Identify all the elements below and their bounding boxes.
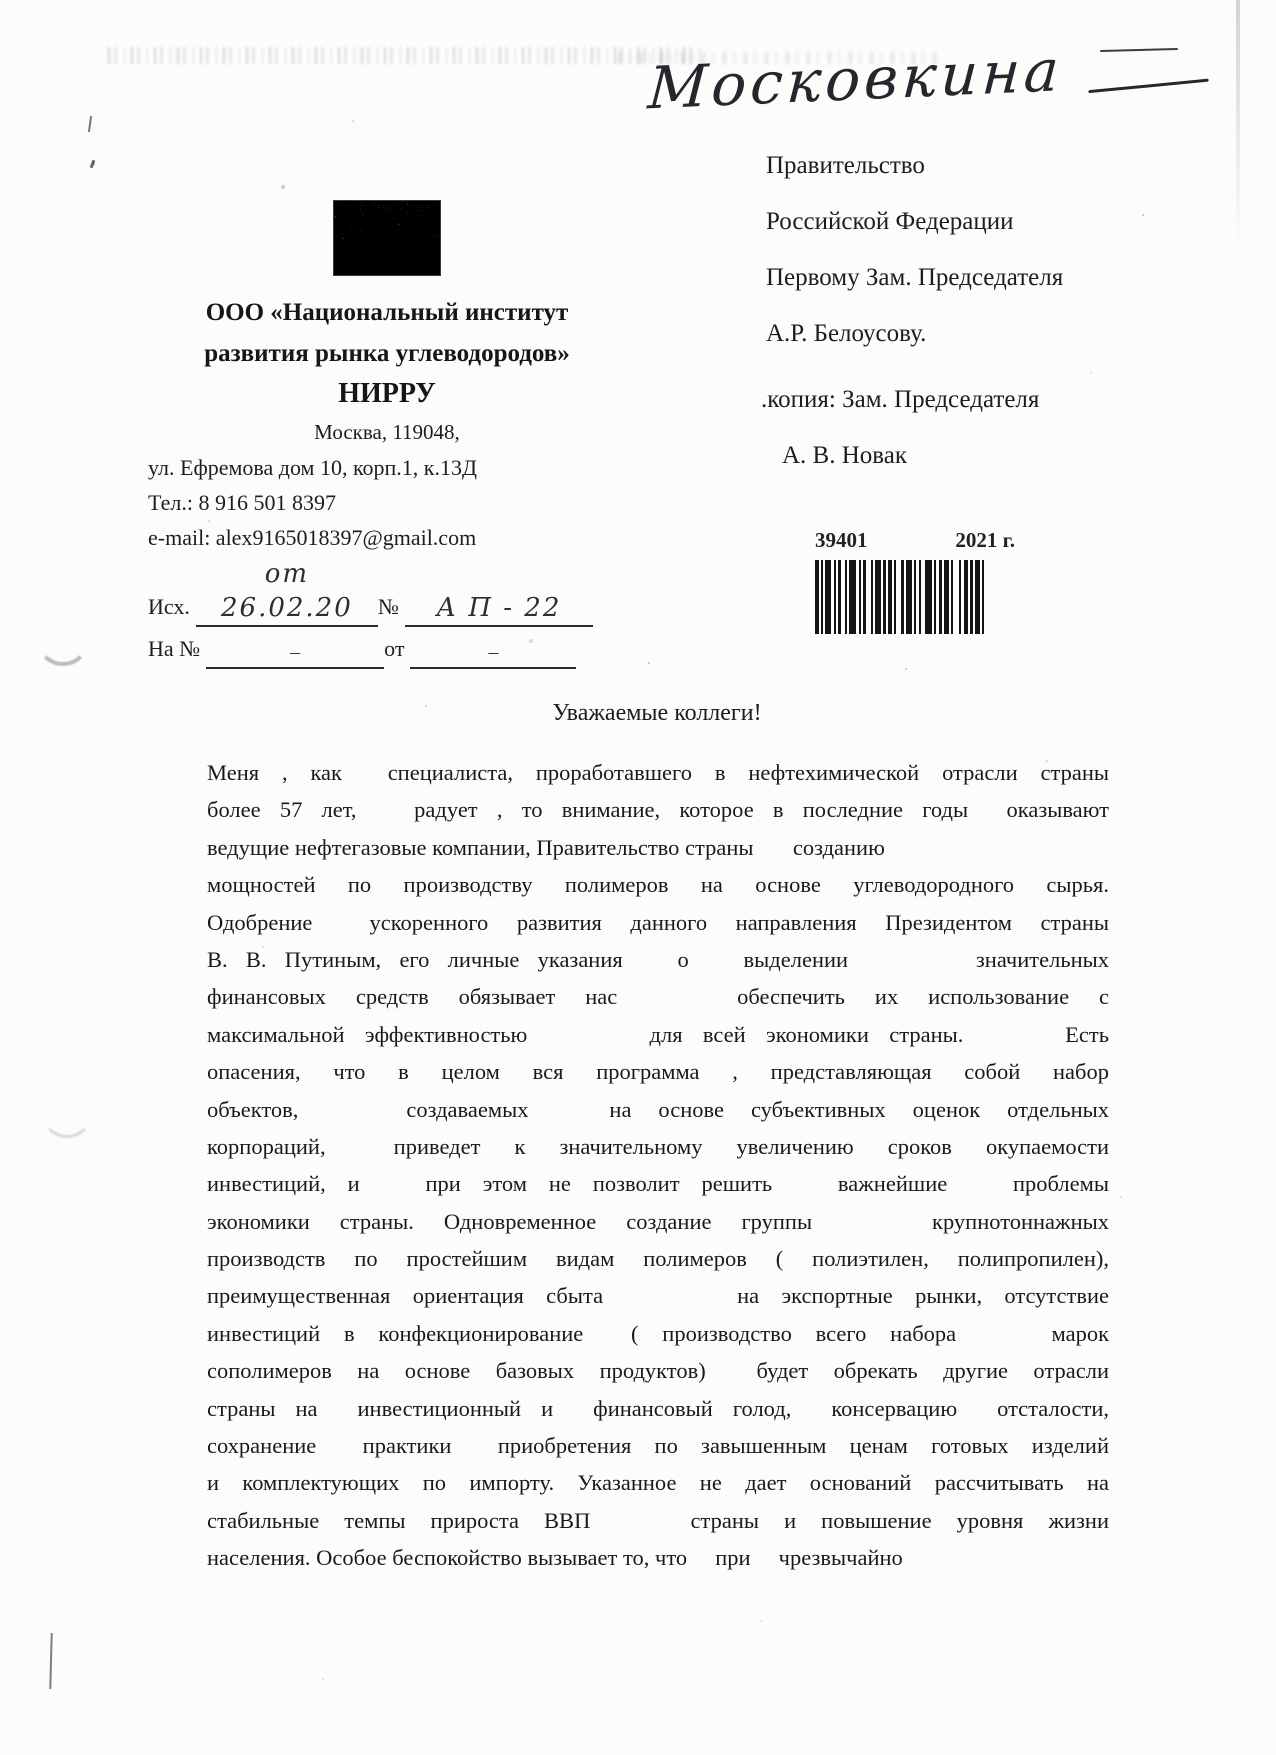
incoming-reference-line: На № – от –: [148, 629, 626, 669]
body-line: мощностей по производству полимеров на о…: [207, 866, 1109, 903]
phone-line: Тел.: 8 916 501 8397: [148, 485, 626, 520]
scan-smudge-artifact: [108, 47, 703, 64]
body-line: преимущественная ориентация сбыта на экс…: [207, 1277, 1109, 1314]
recipient-line: Правительство: [766, 138, 1136, 194]
salutation: Уважаемые коллеги!: [207, 700, 1107, 727]
body-line: максимальной эффективностью для всей эко…: [207, 1016, 1109, 1053]
number-sign: №: [378, 587, 405, 627]
recipient-line: А.Р. Белоусову.: [766, 306, 1136, 362]
outgoing-reference-line: Исх. от 26.02.20 № А П - 22: [148, 557, 626, 627]
outgoing-number-handwritten: А П - 22: [405, 591, 593, 627]
body-line: финансовых средств обязывает нас обеспеч…: [207, 978, 1109, 1015]
body-line: сохранение практики приобретения по завы…: [207, 1427, 1109, 1464]
body-line: корпораций, приведет к значительному уве…: [207, 1128, 1109, 1165]
incoming-from-label: от: [384, 629, 410, 669]
body-line: объектов, создаваемых на основе субъекти…: [207, 1091, 1109, 1128]
binder-hole-shadow-artifact: [36, 612, 90, 666]
incoming-number-blank: –: [206, 637, 384, 669]
scan-line-artifact: [49, 1633, 52, 1689]
body-line: страны на инвестиционный и финансовый го…: [207, 1390, 1109, 1427]
incoming-label: На №: [148, 629, 206, 669]
body-line: более 57 лет, радует , то внимание, кото…: [207, 791, 1109, 828]
body-line: Одобрение ускоренного развития данного н…: [207, 904, 1109, 941]
outgoing-date-handwritten: от 26.02.20: [196, 557, 378, 627]
body-line: В. В. Путиным, его личные указания о выд…: [207, 941, 1109, 978]
body-line: сополимеров на основе базовых продуктов)…: [207, 1352, 1109, 1389]
body-line: производств по простейшим видам полимеро…: [207, 1240, 1109, 1277]
recipient-line: Российской Федерации: [766, 194, 1136, 250]
letterhead-block: ООО «Национальный институт развития рынк…: [148, 200, 626, 669]
body-line: ведущие нефтегазовые компании, Правитель…: [207, 829, 1109, 866]
body-line: опасения, что в целом вся программа , пр…: [207, 1053, 1109, 1090]
scanned-letter-page: Московкина ПравительствоРоссийской Федер…: [0, 0, 1276, 1755]
org-abbreviation: НИРРУ: [148, 374, 626, 414]
body-line: Меня , как специалиста, проработавшего в…: [207, 754, 1109, 791]
org-name-line2: развития рынка углеводородов»: [148, 333, 626, 374]
body-line: инвестиций, и при этом не позволит решит…: [207, 1165, 1109, 1202]
outgoing-label: Исх.: [148, 587, 196, 627]
body-line: экономики страны. Одновременное создание…: [207, 1203, 1109, 1240]
email-line: e-mail: alex9165018397@gmail.com: [148, 520, 626, 555]
scan-ink-mark-artifact: [89, 116, 92, 150]
barcode-image: [815, 560, 1015, 634]
scan-speckle-artifact: [0, 0, 2, 2]
barcode-block: 39401 2021 г.: [815, 528, 1015, 634]
recipient-block: ПравительствоРоссийской ФедерацииПервому…: [766, 138, 1136, 484]
address-street: ул. Ефремова дом 10, корп.1, к.13Д: [148, 450, 626, 485]
org-name-line1: ООО «Национальный институт: [148, 292, 626, 333]
barcode-caption: 39401 2021 г.: [815, 528, 1015, 553]
body-line: инвестиций в конфекционирование ( произв…: [207, 1315, 1109, 1352]
company-logo-image: [333, 200, 441, 276]
recipient-line: Первому Зам. Председателя: [766, 250, 1136, 306]
body-line: и комплектующих по импорту. Указанное не…: [207, 1464, 1109, 1501]
body-line: стабильные темпы прироста ВВП страны и п…: [207, 1502, 1109, 1539]
address-city: Москва, 119048,: [148, 414, 626, 450]
recipient-line: .копия: Зам. Председателя: [761, 372, 1136, 428]
barcode-year: 2021 г.: [955, 528, 1015, 553]
body-line: населения. Особое беспокойство вызывает …: [207, 1539, 1109, 1576]
letter-body: Меня , как специалиста, проработавшего в…: [207, 754, 1109, 1577]
binder-hole-shadow-artifact: [40, 1082, 94, 1138]
barcode-number: 39401: [815, 528, 868, 553]
handwritten-signature-note: Московкина: [646, 34, 1120, 123]
paper-fold-artifact: [1236, 0, 1240, 250]
recipient-line: А. В. Новак: [782, 428, 1136, 484]
incoming-date-blank: –: [410, 637, 576, 669]
